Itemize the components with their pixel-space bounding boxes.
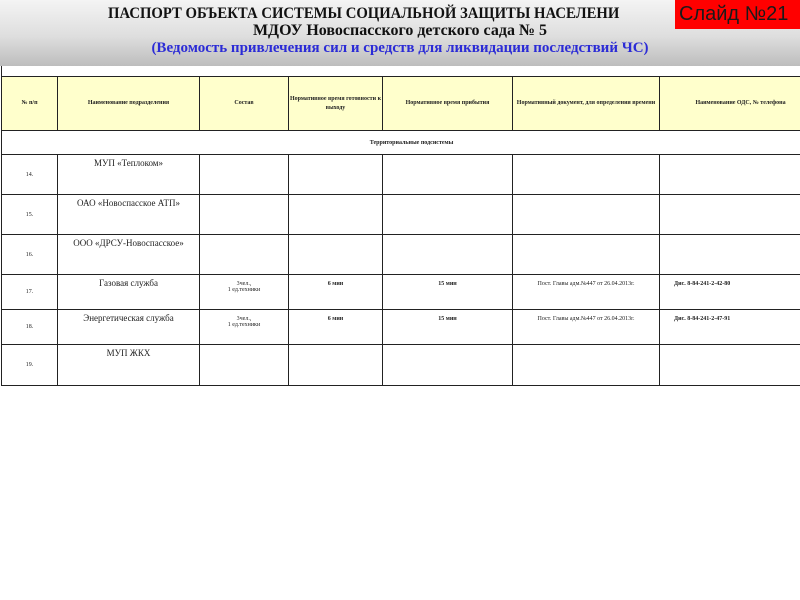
col-header-number: № п/п [2, 77, 58, 131]
resources-table-wrap: № п/п Наименование подразделения Состав … [1, 66, 800, 386]
composition-vehicles: 1 ед.техники [200, 322, 288, 328]
row-ods-phone [660, 345, 800, 386]
row-number: 19. [2, 345, 58, 386]
row-name: МУП ЖКХ [58, 345, 200, 386]
row-number: 17. [2, 275, 58, 310]
row-name: ОАО «Новоспасское АТП» [58, 195, 200, 235]
row-arrival-time [383, 235, 513, 275]
table-row: 18. Энергетическая служба 3чел.,1 ед.тех… [2, 310, 800, 345]
row-ready-time [289, 195, 383, 235]
title-main: ПАСПОРТ ОБЪЕКТА СИСТЕМЫ СОЦИАЛЬНОЙ ЗАЩИТ… [108, 5, 619, 23]
row-ready-time [289, 235, 383, 275]
row-arrival-time [383, 155, 513, 195]
row-ods-phone [660, 195, 800, 235]
row-composition [200, 345, 289, 386]
row-ready-time [289, 155, 383, 195]
row-document: Пост. Главы адм.№447 от 26.04.2013г. [513, 275, 660, 310]
row-number: 14. [2, 155, 58, 195]
row-composition [200, 155, 289, 195]
row-ready-time: 6 мин [289, 310, 383, 345]
row-ready-time [289, 345, 383, 386]
row-ready-time: 6 мин [289, 275, 383, 310]
row-document [513, 345, 660, 386]
row-name: МУП «Теплоком» [58, 155, 200, 195]
col-header-arrival-time: Нормативное время прибытия [383, 77, 513, 131]
row-arrival-time: 15 мин [383, 310, 513, 345]
row-arrival-time: 15 мин [383, 275, 513, 310]
table-row: 14. МУП «Теплоком» [2, 155, 800, 195]
table-row: 19. МУП ЖКХ [2, 345, 800, 386]
row-name: Энергетическая служба [58, 310, 200, 345]
row-document [513, 195, 660, 235]
col-header-name: Наименование подразделения [58, 77, 200, 131]
row-document [513, 155, 660, 195]
row-composition: 3чел.,1 ед.техники [200, 310, 289, 345]
row-name: ООО «ДРСУ-Новоспасское» [58, 235, 200, 275]
title-subtitle: (Ведомость привлечения сил и средств для… [0, 40, 800, 57]
table-header-row: № п/п Наименование подразделения Состав … [2, 77, 800, 131]
table-row: 17. Газовая служба 3чел.,1 ед.техники 6 … [2, 275, 800, 310]
row-arrival-time [383, 345, 513, 386]
row-document [513, 235, 660, 275]
section-row: Территориальные подсистемы [2, 131, 800, 155]
row-document: Пост. Главы адм.№447 от 26.04.2013г. [513, 310, 660, 345]
row-composition [200, 195, 289, 235]
row-ods-phone [660, 235, 800, 275]
composition-vehicles: 1 ед.техники [200, 287, 288, 293]
resources-table: № п/п Наименование подразделения Состав … [1, 66, 800, 386]
row-number: 16. [2, 235, 58, 275]
row-composition: 3чел.,1 ед.техники [200, 275, 289, 310]
row-arrival-time [383, 195, 513, 235]
table-spacer-row [2, 66, 800, 77]
slide-number-badge: Слайд №21 [675, 0, 800, 29]
table-row: 16. ООО «ДРСУ-Новоспасское» [2, 235, 800, 275]
col-header-document: Нормативный документ, для определения вр… [513, 77, 660, 131]
row-ods-phone: Дис. 8-84-241-2-47-91 [660, 310, 800, 345]
row-number: 18. [2, 310, 58, 345]
col-header-ods-phone: Наименование ОДС, № телефона [660, 77, 800, 131]
row-composition [200, 235, 289, 275]
col-header-ready-time: Нормативное время готовности к выходу [289, 77, 383, 131]
section-label: Территориальные подсистемы [2, 131, 800, 155]
row-ods-phone: Дис. 8-84-241-2-42-80 [660, 275, 800, 310]
row-ods-phone [660, 155, 800, 195]
table-row: 15. ОАО «Новоспасское АТП» [2, 195, 800, 235]
row-number: 15. [2, 195, 58, 235]
col-header-composition: Состав [200, 77, 289, 131]
row-name: Газовая служба [58, 275, 200, 310]
